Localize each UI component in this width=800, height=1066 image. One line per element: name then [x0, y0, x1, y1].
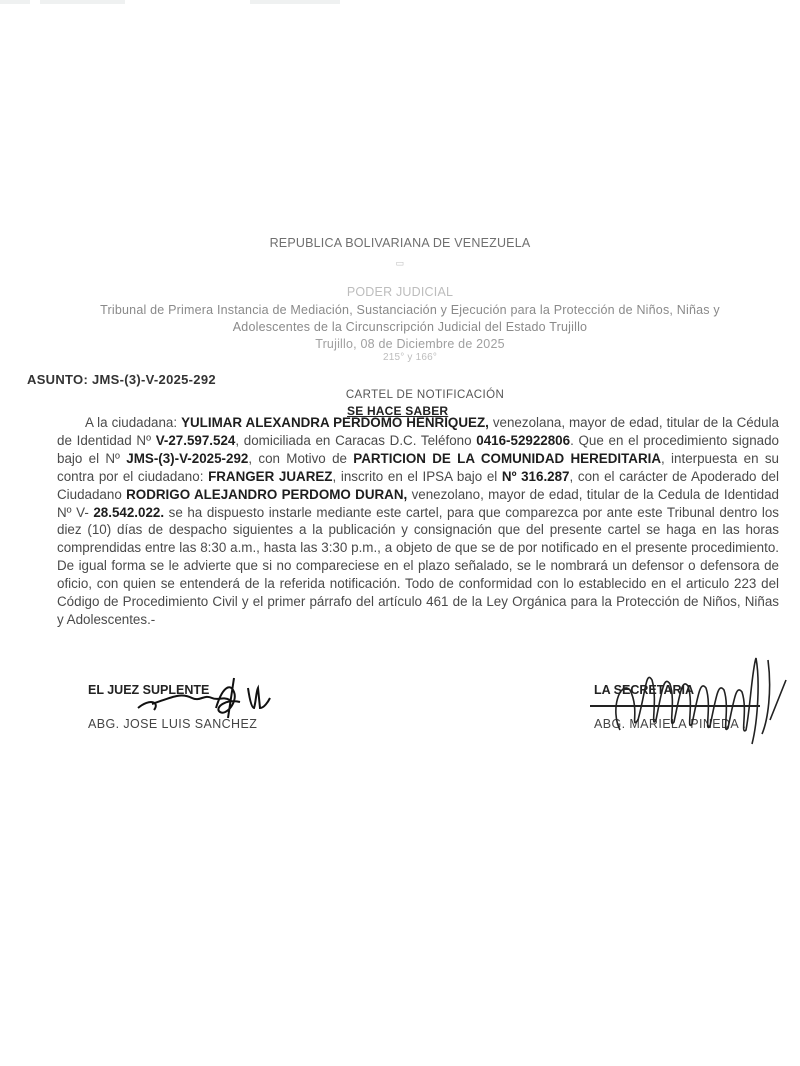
plaintiff-id: 28.542.022.: [93, 505, 164, 520]
header-years: 215° y 166°: [10, 352, 800, 363]
case-number: JMS-(3)-V-2025-292: [126, 451, 248, 466]
body-text: A la ciudadana:: [85, 415, 181, 430]
ipsa-number: Nº 316.287: [502, 469, 570, 484]
header-tribunal-line2: Adolescentes de la Circunscripción Judic…: [10, 320, 800, 334]
secretary-signature: [600, 650, 790, 745]
scan-bleed-mark: [250, 0, 340, 4]
cartel-title: CARTEL DE NOTIFICACIÓN: [0, 389, 800, 401]
body-text: se ha dispuesto instarle mediante este c…: [57, 505, 779, 627]
body-text: , con Motivo de: [248, 451, 353, 466]
plaintiff-name: RODRIGO ALEJANDRO PERDOMO DURAN,: [126, 487, 407, 502]
attorney-name: FRANGER JUAREZ: [208, 469, 332, 484]
respondent-name: YULIMAR ALEXANDRA PERDOMO HENRIQUEZ,: [181, 415, 489, 430]
header-branch: PODER JUDICIAL: [0, 285, 800, 299]
header-country: REPUBLICA BOLIVARIANA DE VENEZUELA: [0, 236, 800, 250]
header-date: Trujillo, 08 de Diciembre de 2025: [10, 337, 800, 351]
case-subject: ASUNTO: JMS-(3)-V-2025-292: [27, 372, 216, 387]
scan-bleed-mark: [0, 0, 30, 4]
judge-signature: [130, 668, 290, 728]
body-text: , domiciliada en Caracas D.C. Teléfono: [235, 433, 476, 448]
respondent-phone: 0416-52922806: [476, 433, 570, 448]
body-text: , inscrito en el IPSA bajo el: [332, 469, 501, 484]
respondent-id: V-27.597.524: [156, 433, 236, 448]
coat-of-arms-icon: ▭: [0, 258, 800, 269]
notification-document: REPUBLICA BOLIVARIANA DE VENEZUELA ▭ POD…: [0, 0, 800, 1066]
case-motive: PARTICION DE LA COMUNIDAD HEREDITARIA: [353, 451, 661, 466]
scan-bleed-mark: [40, 0, 125, 4]
header-tribunal-line1: Tribunal de Primera Instancia de Mediaci…: [10, 303, 800, 317]
notification-body: A la ciudadana: YULIMAR ALEXANDRA PERDOM…: [57, 414, 779, 629]
